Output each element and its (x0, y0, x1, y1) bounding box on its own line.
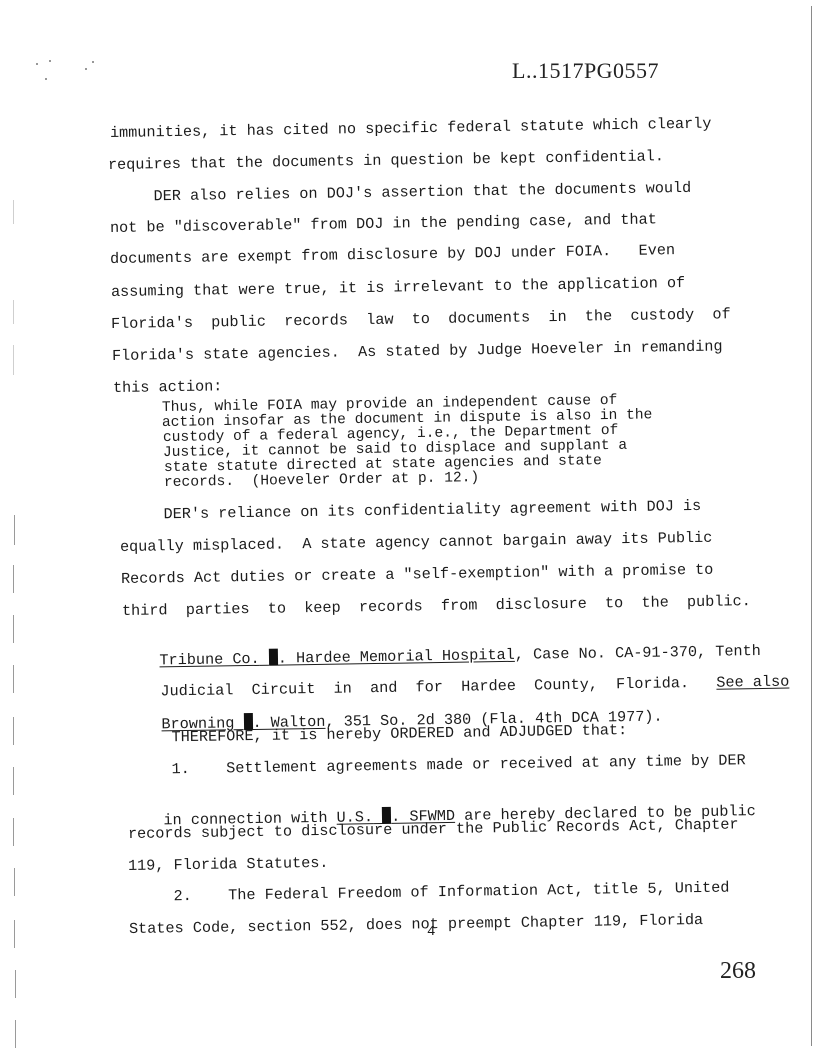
scan-speck (49, 60, 51, 62)
scan-speck (45, 78, 47, 80)
order-item-2: 2. The Federal Freedom of Information Ac… (128, 879, 730, 906)
body-line: immunities, it has cited no specific fed… (110, 115, 712, 142)
body-line: Records Act duties or create a "self-exe… (121, 561, 714, 588)
scan-speck (85, 68, 87, 70)
margin-mark (13, 565, 14, 593)
margin-mark (13, 665, 14, 693)
body-line: not be "discoverable" from DOJ in the pe… (110, 210, 657, 237)
order-item-2: States Code, section 552, does not preem… (129, 911, 703, 938)
body-line: DER also relies on DOJ's assertion that … (108, 179, 692, 206)
margin-mark (14, 868, 15, 896)
body-line: assuming that were true, it is irrelevan… (111, 274, 685, 301)
scan-speck (36, 63, 38, 65)
margin-mark (15, 1020, 16, 1048)
margin-mark (13, 767, 14, 795)
margin-mark (14, 515, 15, 545)
scan-speck (92, 61, 94, 63)
order-item-1: 119, Florida Statutes. (128, 854, 329, 875)
page-number: 4 (427, 924, 435, 940)
order-item-1: 1. Settlement agreements made or receive… (126, 751, 746, 779)
margin-mark (13, 345, 14, 375)
document-page: L..1517PG0557 immunities, it has cited n… (0, 0, 817, 1056)
body-line: third parties to keep records from discl… (122, 592, 751, 620)
bates-stamp: L..1517PG0557 (512, 58, 659, 84)
margin-mark (13, 717, 14, 745)
margin-mark (13, 615, 14, 643)
body-line: Florida's state agencies. As stated by J… (112, 337, 723, 365)
body-line: requires that the documents in question … (108, 147, 664, 174)
body-line: Florida's public records law to document… (111, 305, 731, 333)
margin-mark (14, 920, 15, 948)
bottom-page-stamp: 268 (720, 958, 756, 985)
margin-mark (13, 300, 14, 324)
body-line: equally misplaced. A state agency cannot… (120, 529, 713, 556)
body-line: this action: (113, 377, 223, 397)
margin-mark (13, 818, 14, 846)
scan-edge-rule (811, 6, 812, 1046)
margin-mark (13, 200, 14, 224)
margin-mark (15, 970, 16, 998)
body-line: DER's reliance on its confidentiality ag… (118, 497, 702, 524)
see-also-signal: See also (716, 673, 789, 692)
block-quote-line: records. (Hoeveler Order at p. 12.) (164, 471, 479, 490)
body-line: documents are exempt from disclosure by … (110, 241, 675, 268)
